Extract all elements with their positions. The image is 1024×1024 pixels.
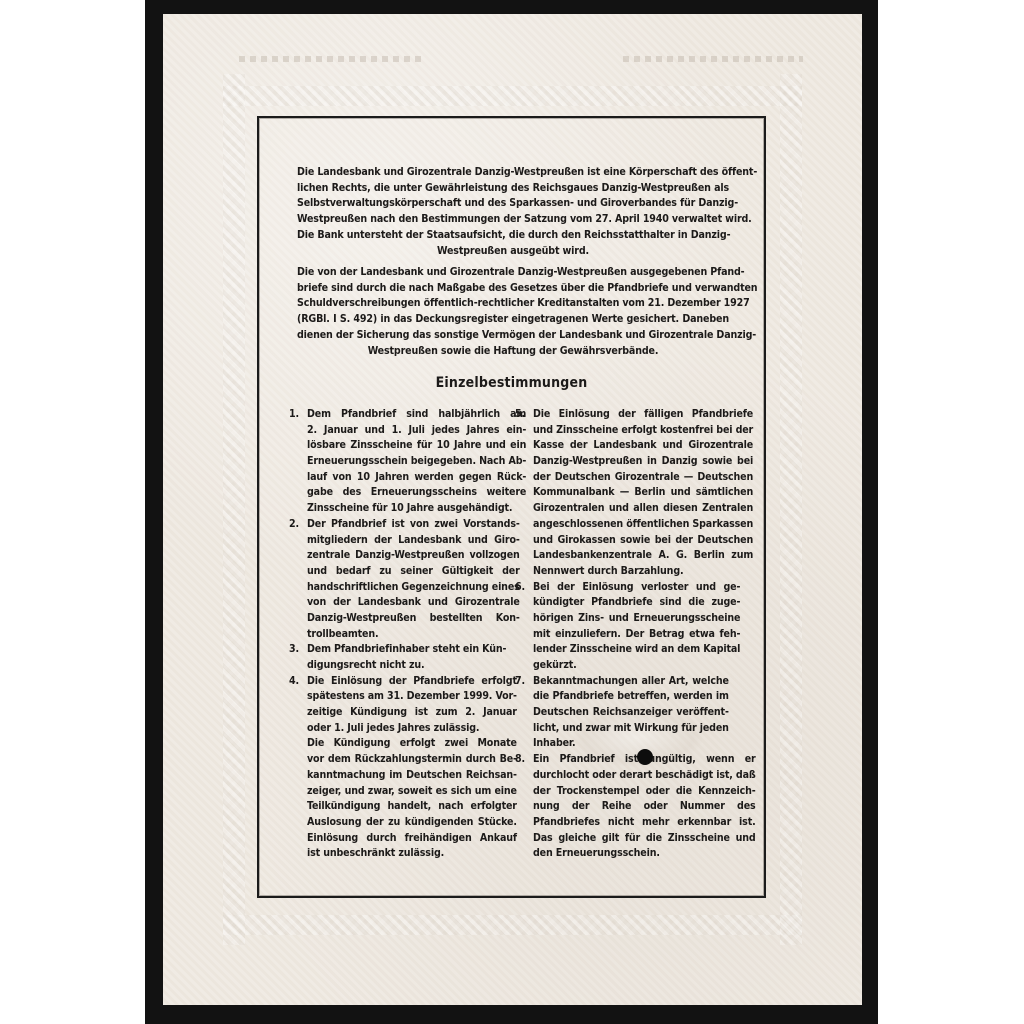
term-line: Bei der Einlösung verloster und ge- — [533, 580, 740, 596]
paragraph-line: Schuldverschreibungen öffentlich-rechtli… — [297, 296, 729, 312]
term-line: licht, und zwar mit Wirkung für jeden — [533, 721, 729, 737]
term-line: zeiger, und zwar, soweit es sich um eine — [307, 784, 517, 800]
term-line: der Deutschen Girozentrale — Deutschen — [533, 470, 753, 486]
term-line: zeitige Kündigung ist zum 2. Januar — [307, 705, 517, 721]
term-number: 4. — [289, 674, 307, 862]
paragraph-line: Westpreußen ausgeübt wird. — [297, 244, 729, 260]
paragraph-line: lichen Rechts, die unter Gewährleistung … — [297, 181, 729, 197]
paragraph-line: Die Landesbank und Girozentrale Danzig-W… — [297, 165, 729, 181]
term-line: den Erneuerungsschein. — [533, 846, 756, 862]
term-line: Bekanntmachungen aller Art, welche — [533, 674, 729, 690]
intro-paragraph-1: Die Landesbank und Girozentrale Danzig-W… — [297, 165, 729, 259]
term-number: 3. — [289, 642, 307, 673]
term-number: 6. — [515, 580, 533, 674]
guilloche-border-left — [223, 74, 245, 945]
term-line: Das gleiche gilt für die Zinsscheine und — [533, 831, 756, 847]
term-line: spätestens am 31. Dezember 1999. Vor- — [307, 689, 517, 705]
intro-paragraph-2: Die von der Landesbank und Girozentrale … — [297, 265, 729, 359]
term-number: 7. — [515, 674, 533, 752]
term-line: lösbare Zinsscheine für 10 Jahre und ein — [307, 438, 526, 454]
term-item: 8.Ein Pfandbrief ist ungültig, wenn erdu… — [515, 752, 727, 862]
term-line: zentrale Danzig-Westpreußen vollzogen — [307, 548, 520, 564]
term-line: und bedarf zu seiner Gültigkeit der — [307, 564, 520, 580]
term-line: der Trockenstempel oder die Kennzeich- — [533, 784, 756, 800]
term-line: Girozentralen und allen diesen Zentralen — [533, 501, 753, 517]
term-line: und Zinsscheine erfolgt kostenfrei bei d… — [533, 423, 753, 439]
term-line: Danzig-Westpreußen bestellten Kon- — [307, 611, 520, 627]
term-line: vor dem Rückzahlungstermin durch Be- — [307, 752, 517, 768]
term-line: trollbeamten. — [307, 627, 520, 643]
term-item: 3.Dem Pfandbriefinhaber steht ein Kün-di… — [289, 642, 494, 673]
term-line: kanntmachung im Deutschen Reichsan- — [307, 768, 517, 784]
term-line: gabe des Erneuerungsscheins weitere — [307, 485, 526, 501]
terms-column-left: 1.Dem Pfandbrief sind halbjährlich am2. … — [289, 407, 494, 862]
term-line: lauf von 10 Jahren werden gegen Rück- — [307, 470, 526, 486]
term-line: Nennwert durch Barzahlung. — [533, 564, 753, 580]
paragraph-line: (RGBl. I S. 492) in das Deckungsregister… — [297, 312, 729, 328]
terms-column-right: 5.Die Einlösung der fälligen Pfandbriefe… — [515, 407, 727, 862]
term-line: Der Pfandbrief ist von zwei Vorstands- — [307, 517, 520, 533]
term-number: 5. — [515, 407, 533, 580]
term-line: Einlösung durch freihändigen Ankauf — [307, 831, 517, 847]
term-number: 8. — [515, 752, 533, 862]
term-number: 2. — [289, 517, 307, 643]
term-line: lender Zinsscheine wird an dem Kapital — [533, 642, 740, 658]
term-line: Pfandbriefes nicht mehr erkennbar ist. — [533, 815, 756, 831]
cancellation-punch-hole — [637, 749, 653, 765]
text-frame: Die Landesbank und Girozentrale Danzig-W… — [257, 116, 766, 898]
term-line: durchlocht oder derart beschädigt ist, d… — [533, 768, 756, 784]
paragraph-line: Selbstverwaltungskörperschaft und des Sp… — [297, 196, 729, 212]
term-item: 6.Bei der Einlösung verloster und ge-kün… — [515, 580, 727, 674]
term-line: handschriftlichen Gegenzeichnung eines — [307, 580, 520, 596]
paragraph-line: briefe sind durch die nach Maßgabe des G… — [297, 281, 729, 297]
term-line: Teilkündigung handelt, nach erfolgter — [307, 799, 517, 815]
term-item: 2.Der Pfandbrief ist von zwei Vorstands-… — [289, 517, 494, 643]
term-item: 1.Dem Pfandbrief sind halbjährlich am2. … — [289, 407, 494, 517]
term-number: 1. — [289, 407, 307, 517]
guilloche-border-bottom — [223, 915, 802, 935]
term-line: und Girokassen sowie bei der Deutschen — [533, 533, 753, 549]
term-line: Die Einlösung der fälligen Pfandbriefe — [533, 407, 753, 423]
term-line: mit einzuliefern. Der Betrag etwa feh- — [533, 627, 740, 643]
term-line: digungsrecht nicht zu. — [307, 658, 506, 674]
term-line: kündigter Pfandbriefe sind die zuge- — [533, 595, 740, 611]
term-line: mitgliedern der Landesbank und Giro- — [307, 533, 520, 549]
section-heading: Einzelbestimmungen — [259, 375, 764, 391]
term-line: von der Landesbank und Girozentrale — [307, 595, 520, 611]
term-line: gekürzt. — [533, 658, 740, 674]
paragraph-line: Westpreußen nach den Bestimmungen der Sa… — [297, 212, 729, 228]
term-line: Deutschen Reichsanzeiger veröffent- — [533, 705, 729, 721]
guilloche-border-right — [780, 74, 802, 945]
paragraph-line: dienen der Sicherung das sonstige Vermög… — [297, 328, 729, 344]
term-line: Dem Pfandbriefinhaber steht ein Kün- — [307, 642, 506, 658]
term-line: Zinsscheine für 10 Jahre ausgehändigt. — [307, 501, 526, 517]
term-line: 2. Januar und 1. Juli jedes Jahres ein- — [307, 423, 526, 439]
guilloche-border-top — [223, 86, 802, 106]
term-line: die Pfandbriefe betreffen, werden im — [533, 689, 729, 705]
term-line: hörigen Zins- und Erneuerungsscheine — [533, 611, 740, 627]
term-item: 7.Bekanntmachungen aller Art, welchedie … — [515, 674, 727, 752]
term-line: Danzig-Westpreußen in Danzig sowie bei — [533, 454, 753, 470]
term-line: oder 1. Juli jedes Jahres zulässig. — [307, 721, 517, 737]
term-line: Die Einlösung der Pfandbriefe erfolgt — [307, 674, 517, 690]
term-line: Erneuerungsschein beigegeben. Nach Ab- — [307, 454, 526, 470]
embossed-header-left — [239, 56, 424, 62]
embossed-header-right — [623, 56, 803, 62]
term-line: Kasse der Landesbank und Girozentrale — [533, 438, 753, 454]
term-line: Dem Pfandbrief sind halbjährlich am — [307, 407, 526, 423]
term-line: nung der Reihe oder Nummer des — [533, 799, 756, 815]
paragraph-line: Die Bank untersteht der Staatsaufsicht, … — [297, 228, 729, 244]
term-line: Kommunalbank — Berlin und sämtlichen — [533, 485, 753, 501]
term-line: Inhaber. — [533, 736, 729, 752]
term-line: angeschlossenen öffentlichen Sparkassen — [533, 517, 753, 533]
paragraph-line: Die von der Landesbank und Girozentrale … — [297, 265, 729, 281]
paragraph-line: Westpreußen sowie die Haftung der Gewähr… — [297, 344, 729, 360]
term-line: ist unbeschränkt zulässig. — [307, 846, 517, 862]
term-item: 5.Die Einlösung der fälligen Pfandbriefe… — [515, 407, 727, 580]
term-item: 4.Die Einlösung der Pfandbriefe erfolgts… — [289, 674, 494, 862]
term-line: Auslosung der zu kündigenden Stücke. — [307, 815, 517, 831]
term-line: Landesbankenzentrale A. G. Berlin zum — [533, 548, 753, 564]
term-line: Die Kündigung erfolgt zwei Monate — [307, 736, 517, 752]
